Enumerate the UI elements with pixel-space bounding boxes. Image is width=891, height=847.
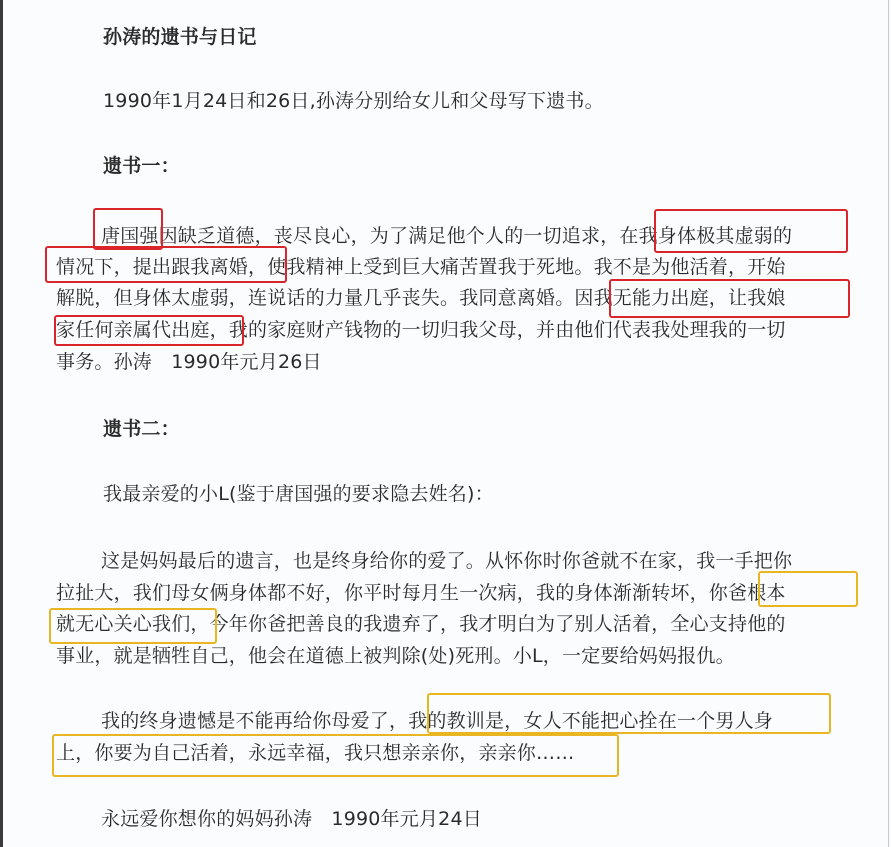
- letter2-heading: 遗书二：: [103, 414, 180, 444]
- highlight-box-yellow: [52, 734, 619, 777]
- right-page-border: [888, 0, 889, 847]
- letter2-salutation: 我最亲爱的小L(鉴于唐国强的要求隐去姓名)：: [103, 479, 494, 509]
- letter2-signature: 永远爱你想你的妈妈孙涛 1990年元月24日: [101, 804, 482, 834]
- highlight-box-yellow: [427, 693, 831, 734]
- letter1-line: 事务。孙涛 1990年元月26日: [56, 347, 322, 377]
- highlight-box-red: [654, 209, 848, 253]
- letter1-heading: 遗书一：: [103, 151, 180, 181]
- highlight-box-red: [93, 208, 163, 250]
- highlight-box-yellow: [758, 571, 858, 607]
- letter2-line: 拉扯大，我们母女俩身体都不好，你平时每月生一次病，我的身体渐渐转坏，你爸根本: [56, 578, 786, 608]
- letter2-line: 事业，就是牺牲自己，他会在道德上被判除(处)死刑。小L，一定要给妈妈报仇。: [56, 641, 735, 671]
- letter2-line: 这是妈妈最后的遗言，也是终身给你的爱了。从怀你时你爸就不在家，我一手把你: [101, 546, 792, 576]
- highlight-box-red: [609, 279, 850, 318]
- left-page-border: [0, 0, 3, 847]
- highlight-box-red: [45, 246, 287, 283]
- highlight-box-red: [54, 315, 244, 346]
- highlight-box-yellow: [49, 608, 217, 644]
- document-title: 孙涛的遗书与日记: [103, 22, 257, 52]
- intro-paragraph: 1990年1月24日和26日,孙涛分别给女儿和父母写下遗书。: [103, 86, 604, 116]
